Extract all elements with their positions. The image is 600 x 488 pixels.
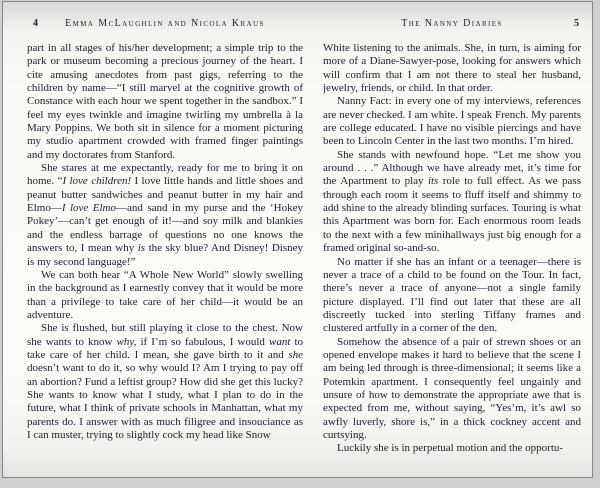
text-segment: doesn’t want to do it, so why would I? A… xyxy=(27,362,303,441)
paragraph: We can both hear “A Whole New World” slo… xyxy=(27,269,303,322)
text-segment: part in all stages of his/her developmen… xyxy=(27,42,303,161)
text-segment: Luckily she is in perpetual motion and t… xyxy=(337,442,563,454)
right-page-text: White listening to the animals. She, in … xyxy=(323,42,581,475)
text-segment: if I’m so fabulous, I would xyxy=(136,336,269,348)
paragraph: part in all stages of his/her developmen… xyxy=(27,42,303,162)
text-segment: Somehow the absence of a pair of strewn … xyxy=(323,336,581,441)
paragraph: No matter if she has an infant or a teen… xyxy=(323,256,581,336)
right-header-title: The Nanny Diaries xyxy=(401,18,502,29)
paragraph: She stands with newfound hope. “Let me s… xyxy=(323,149,581,256)
paragraph: She stares at me expectantly, ready for … xyxy=(27,162,303,269)
left-header-author: Emma McLaughlin and Nicola Kraus xyxy=(65,18,265,29)
book-scan: 4 Emma McLaughlin and Nicola Kraus The N… xyxy=(0,0,600,488)
text-segment-italic: is xyxy=(138,242,145,254)
left-page-text: part in all stages of his/her developmen… xyxy=(27,42,303,475)
right-running-header: The Nanny Diaries 5 xyxy=(323,18,581,32)
text-segment-italic: I love Elmo xyxy=(62,202,116,214)
text-segment: No matter if she has an infant or a teen… xyxy=(323,256,581,335)
paragraph: She is flushed, but still playing it clo… xyxy=(27,322,303,442)
right-page-number: 5 xyxy=(574,18,579,29)
text-segment-italic: want xyxy=(269,336,290,348)
text-segment: We can both hear “A Whole New World” slo… xyxy=(27,269,303,321)
page-spread: 4 Emma McLaughlin and Nicola Kraus The N… xyxy=(2,1,593,478)
left-page-number: 4 xyxy=(33,18,38,29)
paragraph: White listening to the animals. She, in … xyxy=(323,42,581,95)
text-segment-italic: its xyxy=(428,175,438,187)
text-segment: White listening to the animals. She, in … xyxy=(323,42,581,94)
left-running-header: 4 Emma McLaughlin and Nicola Kraus xyxy=(27,18,303,32)
paragraph: Nanny Fact: in every one of my interview… xyxy=(323,95,581,148)
text-segment: Nanny Fact: in every one of my interview… xyxy=(323,95,581,147)
paragraph: Luckily she is in perpetual motion and t… xyxy=(323,442,581,455)
paragraph: Somehow the absence of a pair of strewn … xyxy=(323,336,581,443)
text-segment-italic: why, xyxy=(117,336,137,348)
text-segment-italic: I love children! xyxy=(62,175,131,187)
text-segment-italic: she xyxy=(288,349,303,361)
